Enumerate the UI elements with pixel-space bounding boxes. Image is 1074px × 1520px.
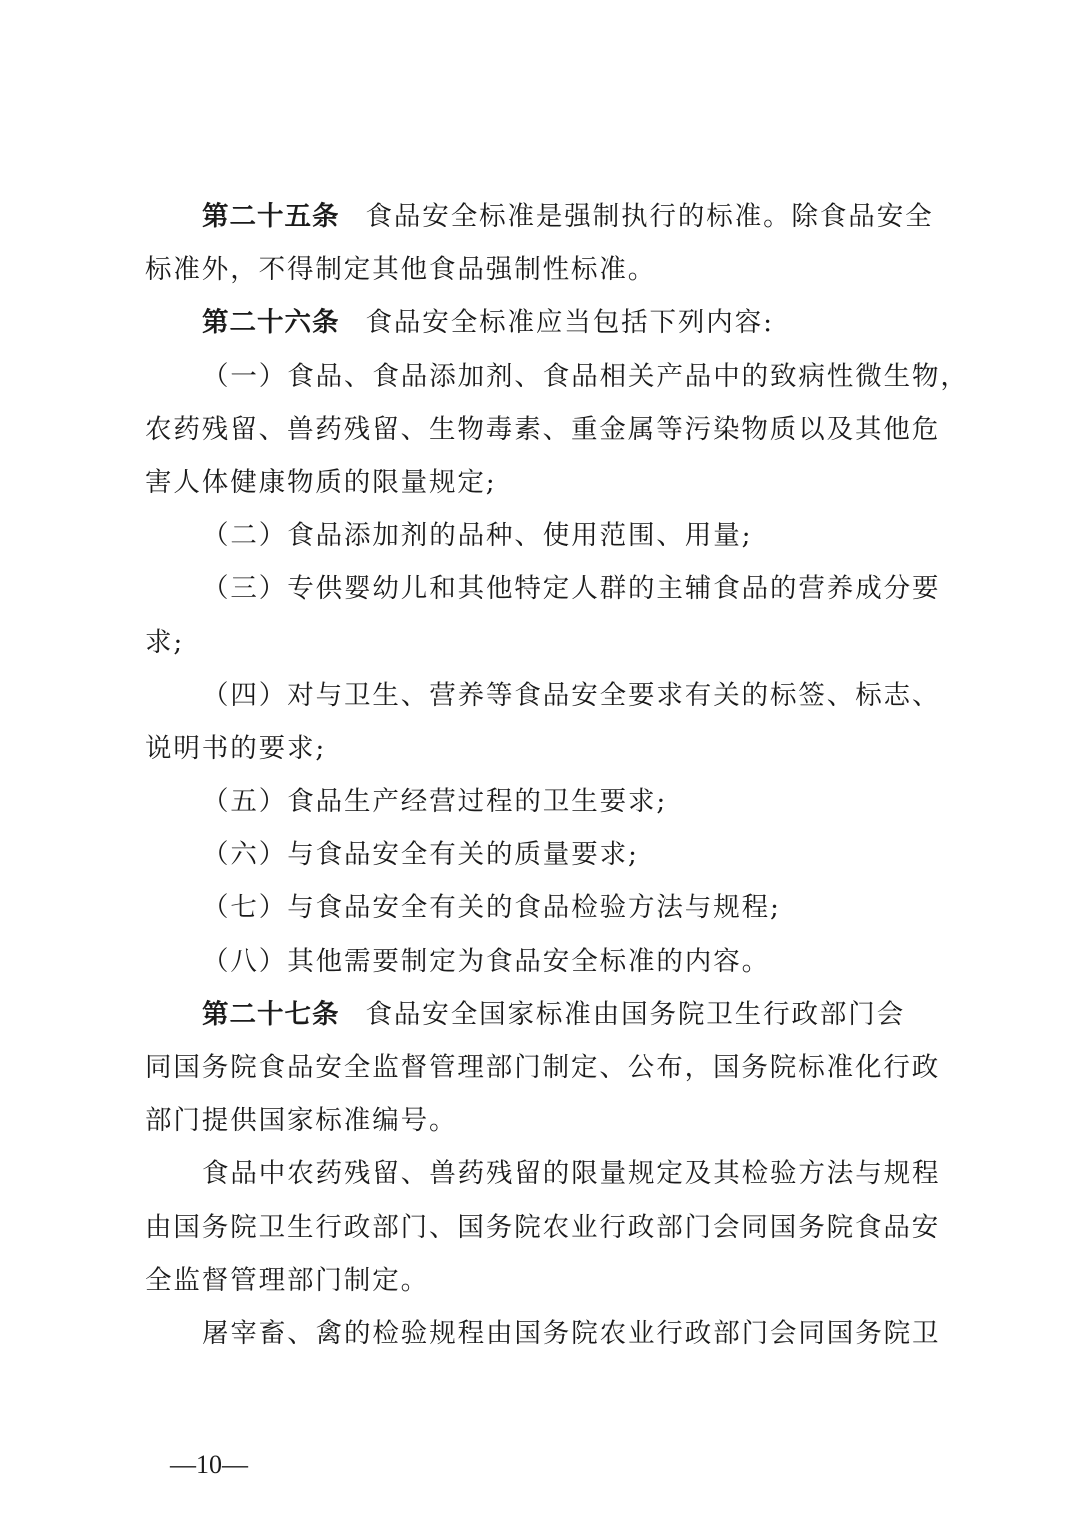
text-line: 标准外，不得制定其他食品强制性标准。 — [145, 243, 945, 296]
document-body: 第二十五条食品安全标准是强制执行的标准。除食品安全 标准外，不得制定其他食品强制… — [145, 190, 945, 1360]
article-heading: 第二十五条 — [202, 201, 340, 232]
list-item: （七）与食品安全有关的食品检验方法与规程; — [145, 881, 945, 934]
article-heading: 第二十七条 — [202, 999, 340, 1030]
list-item: （六）与食品安全有关的质量要求; — [145, 828, 945, 881]
text-line: 食品中农药残留、兽药残留的限量规定及其检验方法与规程 — [145, 1147, 945, 1200]
text-line: 农药残留、兽药残留、生物毒素、重金属等污染物质以及其他危 — [145, 403, 945, 456]
text-line: 第二十六条食品安全标准应当包括下列内容: — [145, 296, 945, 349]
page-number: —10— — [170, 1450, 248, 1480]
text-line: 全监督管理部门制定。 — [145, 1254, 945, 1307]
text-line: 害人体健康物质的限量规定; — [145, 456, 945, 509]
list-item: （八）其他需要制定为食品安全标准的内容。 — [145, 935, 945, 988]
text-line: 求; — [145, 616, 945, 669]
text-line: 部门提供国家标准编号。 — [145, 1094, 945, 1147]
list-item: （四）对与卫生、营养等食品安全要求有关的标签、标志、 — [145, 669, 945, 722]
article-heading: 第二十六条 — [202, 307, 340, 338]
list-item: （一）食品、食品添加剂、食品相关产品中的致病性微生物， — [145, 350, 945, 403]
list-item: （二）食品添加剂的品种、使用范围、用量; — [145, 509, 945, 562]
text-line: 由国务院卫生行政部门、国务院农业行政部门会同国务院食品安 — [145, 1201, 945, 1254]
text-line: 第二十五条食品安全标准是强制执行的标准。除食品安全 — [145, 190, 945, 243]
text-line: 同国务院食品安全监督管理部门制定、公布，国务院标准化行政 — [145, 1041, 945, 1094]
list-item: （五）食品生产经营过程的卫生要求; — [145, 775, 945, 828]
text-line: 屠宰畜、禽的检验规程由国务院农业行政部门会同国务院卫 — [145, 1307, 945, 1360]
text-line: 说明书的要求; — [145, 722, 945, 775]
text-line: 第二十七条食品安全国家标准由国务院卫生行政部门会 — [145, 988, 945, 1041]
list-item: （三）专供婴幼儿和其他特定人群的主辅食品的营养成分要 — [145, 562, 945, 615]
